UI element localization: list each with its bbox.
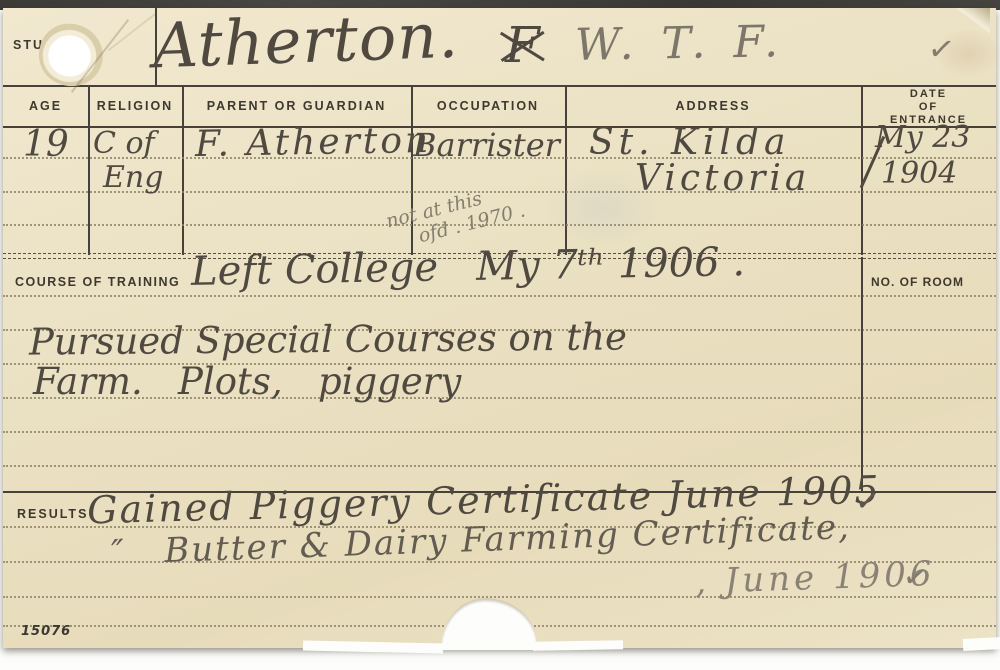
dotted-line bbox=[3, 431, 996, 433]
col-date-label-1: DATE bbox=[861, 88, 996, 100]
results-check1: ✓ bbox=[853, 483, 882, 520]
course-of-training-label: COURSE OF TRAINING bbox=[15, 275, 180, 289]
col-parent-label: PARENT OR GUARDIAN bbox=[182, 99, 411, 113]
col-age-label: AGE bbox=[3, 99, 88, 113]
rule-name-row-bottom bbox=[3, 85, 996, 87]
results-label: RESULTS bbox=[17, 507, 88, 521]
course-note-line1: Pursued Special Courses on the bbox=[29, 315, 627, 363]
torn-edge-chip bbox=[303, 641, 443, 654]
stain bbox=[933, 28, 1000, 78]
religion-value-1: C of bbox=[93, 126, 155, 161]
divider-room-column bbox=[861, 257, 863, 491]
name-pencil-initials: W. T. F. bbox=[575, 16, 786, 71]
entrance-value-2: 1904 bbox=[881, 156, 957, 191]
address-value-1: St. Kilda bbox=[589, 122, 790, 163]
age-value: 19 bbox=[23, 124, 69, 165]
name-script: Atherton. bbox=[152, 0, 460, 82]
torn-edge-chip bbox=[533, 640, 623, 651]
address-value-2: Victoria bbox=[635, 158, 810, 199]
torn-edge-chip bbox=[963, 637, 1000, 651]
struck-letter: F bbox=[505, 16, 540, 74]
form-number: 15076 bbox=[21, 624, 71, 639]
crease-mark bbox=[108, 13, 157, 52]
index-card: STUDENT AGE RELIGION PARENT OR GUARDIAN … bbox=[3, 8, 996, 648]
course-note-line2: Farm. Plots, piggery bbox=[33, 360, 461, 403]
course-entry: Left College My 7ᵗʰ 1906 . bbox=[191, 239, 746, 295]
name-struck-initial: F bbox=[505, 16, 540, 74]
col-religion-label: RELIGION bbox=[88, 99, 182, 113]
scanned-student-record-card: STUDENT AGE RELIGION PARENT OR GUARDIAN … bbox=[0, 0, 1000, 670]
torn-notch-bottom bbox=[441, 598, 537, 650]
col-occupation-label: OCCUPATION bbox=[411, 99, 565, 113]
results-line3: , June 1906 bbox=[694, 554, 936, 602]
dotted-line bbox=[3, 295, 996, 297]
stain bbox=[543, 168, 663, 248]
occupation-value: Barrister bbox=[413, 126, 560, 164]
punched-hole bbox=[33, 18, 108, 92]
parent-value: F. Atherton bbox=[195, 120, 432, 165]
col-date-label-2: OF bbox=[861, 101, 996, 113]
dotted-line bbox=[3, 465, 996, 467]
no-of-room-label: NO. OF ROOM bbox=[871, 275, 964, 289]
religion-value-2: Eng bbox=[103, 160, 163, 195]
entrance-value-1: My 23 bbox=[875, 120, 970, 155]
col-address-label: ADDRESS bbox=[565, 99, 861, 113]
